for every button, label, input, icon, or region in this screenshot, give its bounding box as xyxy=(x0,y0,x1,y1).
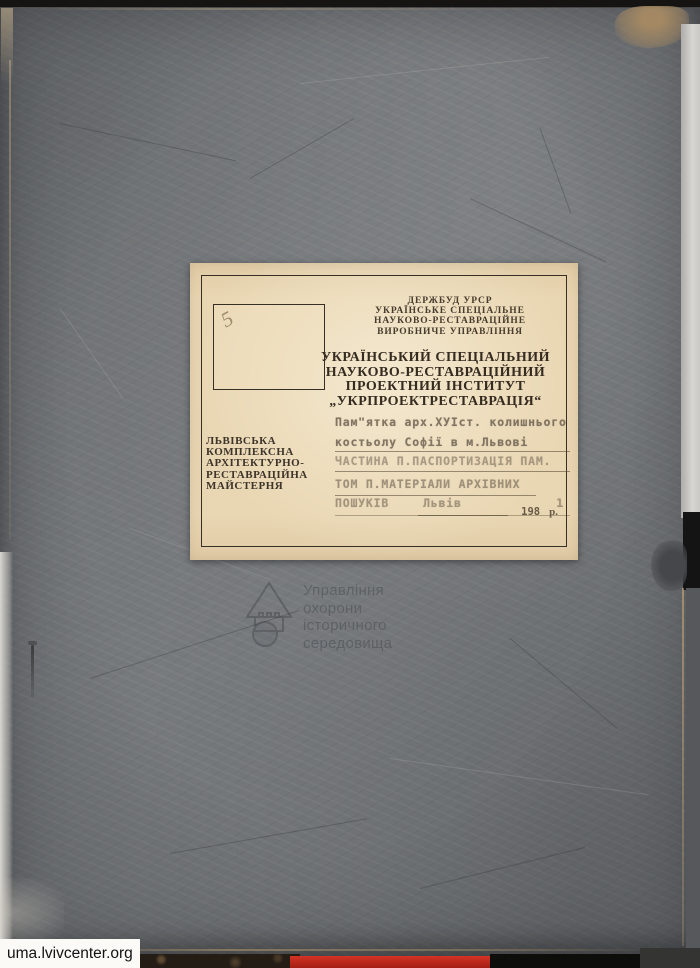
workshop-line: АРХІТЕКТУРНО- xyxy=(206,458,308,469)
workshop-block: ЛЬВІВСЬКА КОМПЛЕКСНА АРХІТЕКТУРНО- РЕСТА… xyxy=(206,436,308,492)
bottom-texture-strip xyxy=(115,954,300,968)
bottom-black-strip xyxy=(490,954,642,968)
scratch-line xyxy=(420,847,585,889)
heritage-emblem-icon xyxy=(243,581,295,649)
edge-shadow-blob xyxy=(651,541,687,591)
stamp-line: середовища xyxy=(303,635,392,653)
scratch-line xyxy=(390,758,648,795)
scratch-line xyxy=(170,818,367,854)
authority-header: ДЕРЖБУД УРСР УКРАЇНСЬКЕ СПЕЦІАЛЬНЕ НАУКО… xyxy=(340,296,560,337)
workshop-line: МАЙСТЕРНЯ xyxy=(206,481,308,492)
authority-line: НАУКОВО-РЕСТАВРАЦІЙНЕ xyxy=(340,316,560,326)
typewritten-block: Пам"ятка арх.ХУІст. колишнього костьолу … xyxy=(335,415,576,516)
top-left-corner-wear xyxy=(1,8,13,103)
year-number: 198 xyxy=(521,506,540,518)
right-edge-wear-line xyxy=(682,588,684,946)
red-binding-strip xyxy=(290,956,490,968)
scratch-line xyxy=(470,198,606,262)
stamp-text: Управління охорони історичного середовищ… xyxy=(303,582,392,652)
stamp-line: Управління xyxy=(303,582,392,600)
site-watermark-label: uma.lvivcenter.org xyxy=(0,939,140,968)
left-corner-light-patch xyxy=(0,878,64,948)
left-edge-wear xyxy=(9,60,11,540)
authority-line: УКРАЇНСЬКЕ СПЕЦІАЛЬНЕ xyxy=(340,306,560,316)
scratch-line xyxy=(60,308,124,399)
bottom-gray-strip xyxy=(640,948,700,968)
typed-word: Львів xyxy=(423,496,462,510)
institute-line: НАУКОВО-РЕСТАВРАЦІЙНИЙ xyxy=(298,366,573,381)
authority-line: ВИРОБНИЧЕ УПРАВЛІННЯ xyxy=(340,327,560,337)
authority-line: ДЕРЖБУД УРСР xyxy=(340,296,560,306)
staple-mark xyxy=(31,645,34,698)
stamp-line: охорони xyxy=(303,600,392,618)
institute-line: „УКРПРОЕКТРЕСТАВРАЦІЯ“ xyxy=(298,395,573,410)
typed-word: ПОШУКІВ xyxy=(335,496,389,510)
scratch-line xyxy=(250,118,354,179)
scratch-line xyxy=(60,123,236,161)
stamp-line: історичного xyxy=(303,617,392,635)
heritage-office-stamp: Управління охорони історичного середовищ… xyxy=(243,581,458,673)
page-block-edge-gray xyxy=(686,588,700,950)
year-field: 198р. xyxy=(521,506,558,518)
cover-label: 5 ДЕРЖБУД УРСР УКРАЇНСЬКЕ СПЕЦІАЛЬНЕ НАУ… xyxy=(190,263,578,560)
scanned-folder-cover: 5 ДЕРЖБУД УРСР УКРАЇНСЬКЕ СПЕЦІАЛЬНЕ НАУ… xyxy=(0,0,700,968)
top-edge-wear xyxy=(18,8,608,10)
pencil-number: 5 xyxy=(217,306,238,333)
site-watermark-text: uma.lvivcenter.org xyxy=(7,945,133,963)
institute-line: УКРАЇНСЬКИЙ СПЕЦІАЛЬНИЙ xyxy=(298,351,573,366)
scratch-line xyxy=(540,128,572,213)
page-block-edge-light xyxy=(681,24,700,518)
typed-volume-line: ТОМ П.МАТЕРІАЛИ АРХІВНИХ xyxy=(335,477,576,497)
typed-title-line1: Пам"ятка арх.ХУІст. колишнього xyxy=(335,415,576,435)
institute-title: УКРАЇНСЬКИЙ СПЕЦІАЛЬНИЙ НАУКОВО-РЕСТАВРА… xyxy=(298,351,573,409)
scratch-line xyxy=(300,57,549,84)
scratch-line xyxy=(510,638,618,729)
year-suffix: р. xyxy=(549,506,558,518)
form-rule-line xyxy=(335,471,570,472)
year-rule-line xyxy=(418,515,508,516)
institute-line: ПРОЕКТНИЙ ІНСТИТУТ xyxy=(298,380,573,395)
form-rule-line xyxy=(335,451,570,452)
